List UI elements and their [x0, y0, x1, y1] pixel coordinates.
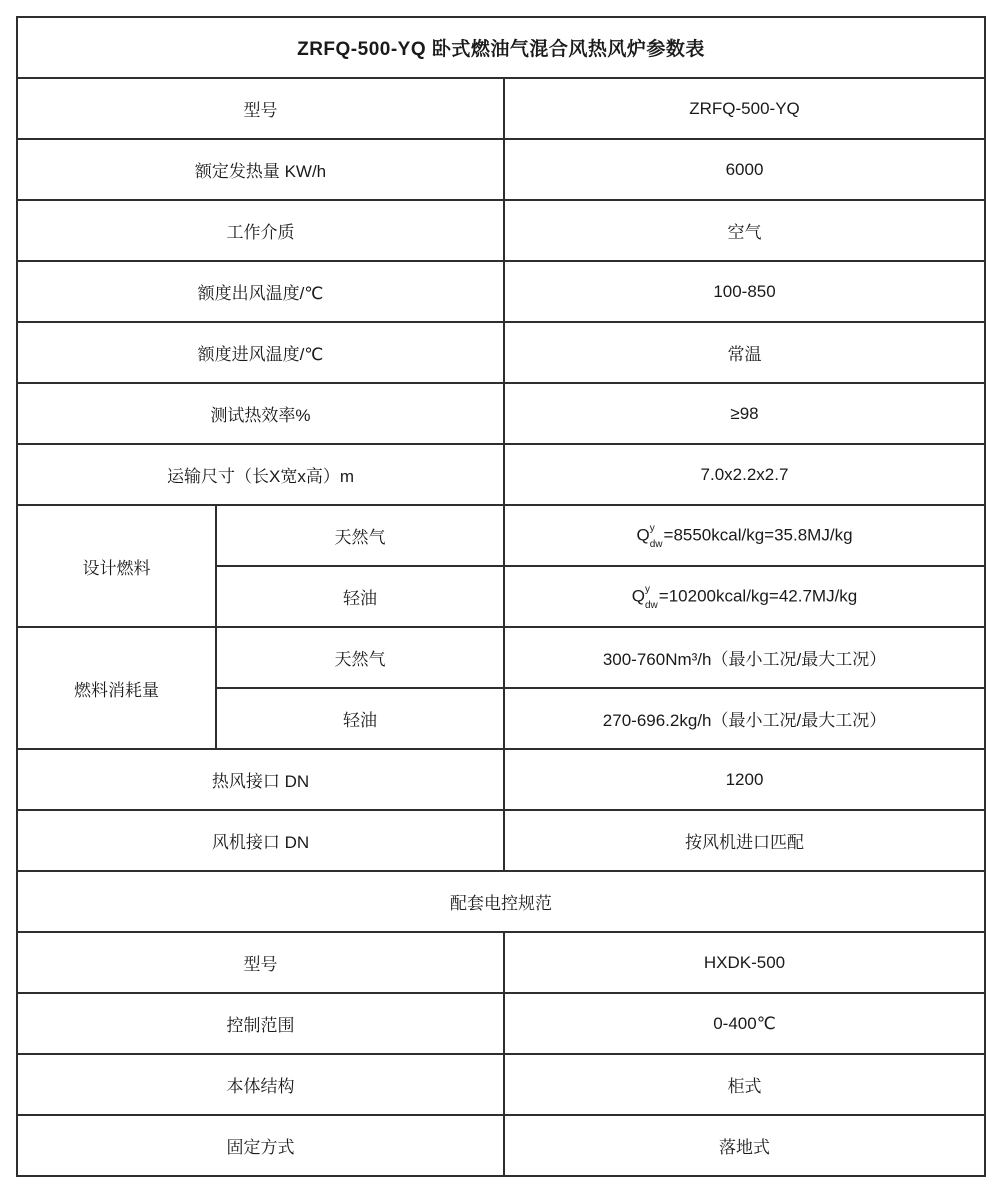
sub-label: 轻油: [216, 566, 504, 627]
table-row: 额度进风温度/℃ 常温: [17, 322, 985, 383]
row-value-formula: Qydw=8550kcal/kg=35.8MJ/kg: [504, 505, 985, 566]
table-row: 本体结构 柜式: [17, 1054, 985, 1115]
row-value-formula: Qydw=10200kcal/kg=42.7MJ/kg: [504, 566, 985, 627]
row-value: 按风机进口匹配: [504, 810, 985, 871]
row-value: 柜式: [504, 1054, 985, 1115]
q-base: Q: [636, 525, 649, 544]
table-row: 运输尺寸（长X宽x高）m 7.0x2.2x2.7: [17, 444, 985, 505]
section-header: 配套电控规范: [17, 871, 985, 932]
q-supsub: ydw: [645, 585, 658, 611]
table-row: 型号 HXDK-500: [17, 932, 985, 993]
sub-label: 轻油: [216, 688, 504, 749]
row-value: 0-400℃: [504, 993, 985, 1054]
q-rest: =8550kcal/kg=35.8MJ/kg: [664, 525, 853, 544]
row-value: ≥98: [504, 383, 985, 444]
row-value: 100-850: [504, 261, 985, 322]
table-row: 额度出风温度/℃ 100-850: [17, 261, 985, 322]
row-label: 控制范围: [17, 993, 504, 1054]
row-label: 工作介质: [17, 200, 504, 261]
row-label: 风机接口 DN: [17, 810, 504, 871]
row-value: 1200: [504, 749, 985, 810]
q-sub: dw: [645, 601, 658, 611]
row-value: ZRFQ-500-YQ: [504, 78, 985, 139]
q-sup: y: [645, 585, 650, 595]
row-label: 运输尺寸（长X宽x高）m: [17, 444, 504, 505]
row-label: 固定方式: [17, 1115, 504, 1176]
sub-label: 天然气: [216, 505, 504, 566]
row-label: 热风接口 DN: [17, 749, 504, 810]
row-value: 7.0x2.2x2.7: [504, 444, 985, 505]
table-title: ZRFQ-500-YQ 卧式燃油气混合风热风炉参数表: [17, 17, 985, 78]
q-base: Q: [632, 586, 645, 605]
table-row-fuel-design-gas: 设计燃料 天然气 Qydw=8550kcal/kg=35.8MJ/kg: [17, 505, 985, 566]
q-supsub: ydw: [650, 524, 663, 550]
spec-table: ZRFQ-500-YQ 卧式燃油气混合风热风炉参数表 型号 ZRFQ-500-Y…: [16, 16, 986, 1177]
row-label: 额度进风温度/℃: [17, 322, 504, 383]
row-label: 本体结构: [17, 1054, 504, 1115]
row-value: 6000: [504, 139, 985, 200]
table-row: 风机接口 DN 按风机进口匹配: [17, 810, 985, 871]
row-label: 型号: [17, 78, 504, 139]
row-label: 型号: [17, 932, 504, 993]
table-row: 控制范围 0-400℃: [17, 993, 985, 1054]
group-label-fuel-design: 设计燃料: [17, 505, 216, 627]
table-row: 工作介质 空气: [17, 200, 985, 261]
table-row: 测试热效率% ≥98: [17, 383, 985, 444]
row-value: HXDK-500: [504, 932, 985, 993]
q-sub: dw: [650, 540, 663, 550]
sub-label: 天然气: [216, 627, 504, 688]
row-value: 空气: [504, 200, 985, 261]
row-value: 常温: [504, 322, 985, 383]
table-row: 热风接口 DN 1200: [17, 749, 985, 810]
q-rest: =10200kcal/kg=42.7MJ/kg: [659, 586, 857, 605]
group-label-fuel-consumption: 燃料消耗量: [17, 627, 216, 749]
row-label: 测试热效率%: [17, 383, 504, 444]
q-sup: y: [650, 524, 655, 534]
row-value: 落地式: [504, 1115, 985, 1176]
row-label: 额度出风温度/℃: [17, 261, 504, 322]
row-label: 额定发热量 KW/h: [17, 139, 504, 200]
table-row: 固定方式 落地式: [17, 1115, 985, 1176]
table-row-fuel-consumption-gas: 燃料消耗量 天然气 300-760Nm³/h（最小工况/最大工况）: [17, 627, 985, 688]
row-value: 300-760Nm³/h（最小工况/最大工况）: [504, 627, 985, 688]
section-header-row: 配套电控规范: [17, 871, 985, 932]
table-row: 型号 ZRFQ-500-YQ: [17, 78, 985, 139]
row-value: 270-696.2kg/h（最小工况/最大工况）: [504, 688, 985, 749]
table-row: 额定发热量 KW/h 6000: [17, 139, 985, 200]
